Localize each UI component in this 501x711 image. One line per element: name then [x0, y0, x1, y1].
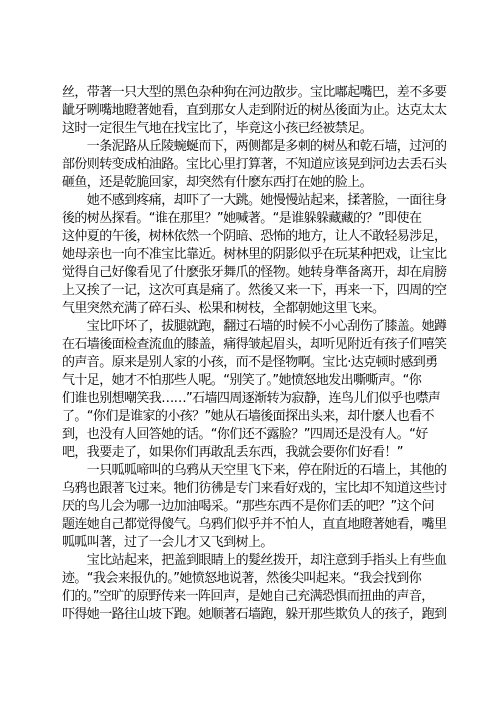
- text-line: 一条泥路从丘陵蜿蜒而下，两侧都是多刺的树丛和乾石墙，过河的: [62, 138, 458, 156]
- text-line: 龇牙咧嘴地瞪著她看，直到那女人走到附近的树丛後面为止。达克太太: [62, 102, 458, 120]
- text-line: 气十足，她才不怕那些人呢。“别笑了。”她愤怒地发出嘶嘶声。“你: [62, 372, 458, 390]
- text-line: 在石墙後面检查流血的膝盖，痛得皱起眉头，却听见附近有孩子们嘻笑: [62, 336, 458, 354]
- text-line: 乌鸦也跟著飞过来。牠们彷彿是专门来看好戏的，宝比却不知道这些讨: [62, 480, 458, 498]
- text-line: 的声音。原来是别人家的小孩，而不是怪物啊。宝比·达克顿时感到勇: [62, 354, 458, 372]
- document-page: 丝，带著一只大型的黑色杂种狗在河边散步。宝比嘟起嘴巴，差不多要 龇牙咧嘴地瞪著她…: [0, 0, 501, 711]
- text-line: 部份则转变成柏油路。宝比心里打算著，不知道应该晃到河边去丢石头: [62, 156, 458, 174]
- text-line: 迹。“我会来报仇的。”她愤怒地说著，然後尖叫起来。“我会找到你: [62, 570, 458, 588]
- text-line: 後的树丛探看。“谁在那里？”她喊著。“是谁躲躲藏藏的？”即使在: [62, 210, 458, 228]
- text-line: 气里突然充满了碎石头、松果和树枝，全都朝她这里飞来。: [62, 300, 458, 318]
- text-line: 这时一定很生气地在找宝比了，毕竟这小孩已经被禁足。: [62, 120, 458, 138]
- text-line: 呱呱叫著，过了一会儿才又飞到树上。: [62, 534, 458, 552]
- text-line: 吧，我要走了，如果你们再敢乱丢东西，我就会要你们好看！”: [62, 444, 458, 462]
- text-line: 一只呱呱啼叫的乌鸦从天空里飞下来，停在附近的石墙上，其他的: [62, 462, 458, 480]
- text-line: 题连她自己都觉得傻气。乌鸦们似乎并不怕人，直直地瞪著她看，嘴里: [62, 516, 458, 534]
- text-line: 她母亲也一向不准宝比靠近。树林里的阴影似乎在玩某种把戏，让宝比: [62, 246, 458, 264]
- text-line: 觉得自己好像看见了什麽张牙舞爪的怪物。她转身準备离开，却在肩膀: [62, 264, 458, 282]
- text-line: 吓得她一路往山坡下跑。她顺著石墙跑，躲开那些欺负人的孩子，跑到: [62, 606, 458, 624]
- text-line: 宝比吓坏了，拔腿就跑，翻过石墙的时候不小心刮伤了膝盖。她蹲: [62, 318, 458, 336]
- text-block: 丝，带著一只大型的黑色杂种狗在河边散步。宝比嘟起嘴巴，差不多要 龇牙咧嘴地瞪著她…: [62, 84, 458, 624]
- text-line: 她不感到疼痛，却吓了一大跳。她慢慢站起来，揉著脸，一面往身: [62, 192, 458, 210]
- text-line: 厌的鸟儿会为哪一边加油喝采。“那些东西不是你们丢的吧？”这个问: [62, 498, 458, 516]
- text-line: 到，也没有人回答她的话。“你们还不露脸？”四周还是没有人。“好: [62, 426, 458, 444]
- text-line: 上又挨了一记，这次可真是痛了。然後又来一下，再来一下，四周的空: [62, 282, 458, 300]
- text-line: 丝，带著一只大型的黑色杂种狗在河边散步。宝比嘟起嘴巴，差不多要: [62, 84, 458, 102]
- text-line: 这仲夏的午後，树林依然一个阴暗、恐怖的地方，让人不敢轻易涉足，: [62, 228, 458, 246]
- text-line: 们的。”空旷的原野传来一阵回声，是她自己充满恐惧而扭曲的声音，: [62, 588, 458, 606]
- text-line: 宝比站起来，把盖到眼睛上的髮丝拨开，却注意到手指头上有些血: [62, 552, 458, 570]
- text-line: 们谁也别想嘲笑我……”石墙四周逐渐转为寂静，连鸟儿们似乎也噤声: [62, 390, 458, 408]
- text-line: 了。“你们是谁家的小孩？”她从石墙後面探出头来，却什麽人也看不: [62, 408, 458, 426]
- text-line: 砸鱼，还是乾脆回家，却突然有什麽东西打在她的脸上。: [62, 174, 458, 192]
